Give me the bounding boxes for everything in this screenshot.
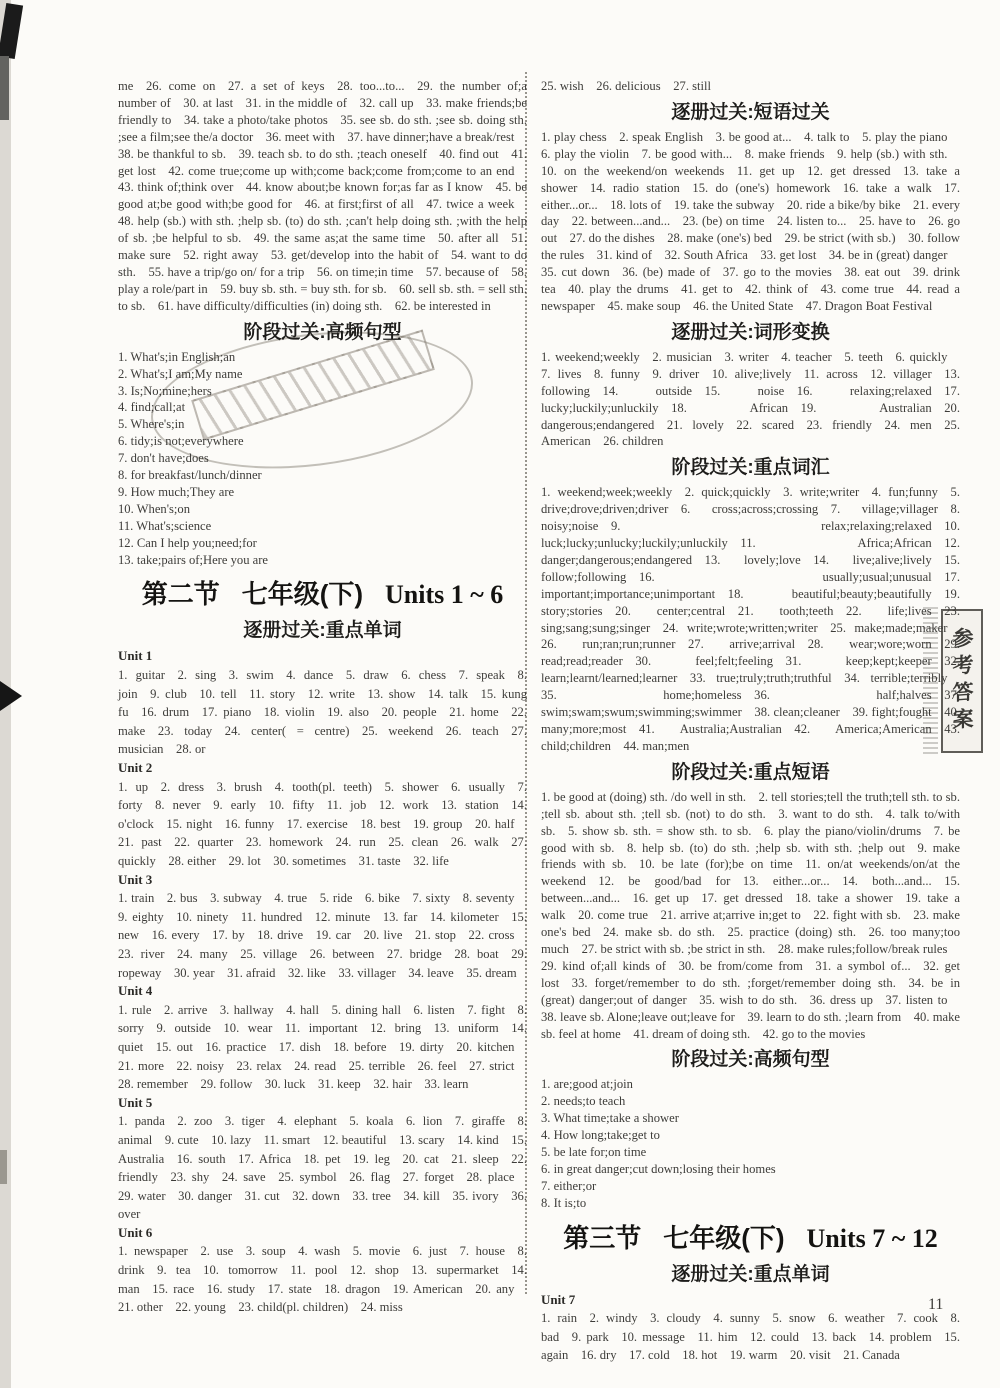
section-units-range: Units 7 ~ 12	[807, 1221, 938, 1257]
unit-block-2: Unit 2 1. up 2. dress 3. brush 4. tooth(…	[118, 759, 527, 871]
unit-header: Unit 6	[118, 1224, 527, 1243]
answer-line: 8. It is;to	[541, 1195, 960, 1212]
scanned-answer-page: 参考答案 11 me 26. come on 27. a set of keys…	[0, 0, 1000, 1388]
section-key-vocabulary: 阶段过关:重点词汇 1. weekend;week;weekly 2. quic…	[541, 455, 960, 755]
answer-line: 4. How long;take;get to	[541, 1127, 960, 1144]
unit-word-list: 1. newspaper 2. use 3. soup 4. wash 5. m…	[118, 1242, 527, 1316]
scan-ink-mark	[0, 1150, 7, 1184]
section-grade: 七年级(下)	[663, 1220, 784, 1256]
answer-line: 12. Can I help you;need;for	[118, 535, 527, 552]
unit-word-list: 1. rule 2. arrive 3. hallway 4. hall 5. …	[118, 1001, 527, 1094]
unit-word-list: 1. panda 2. zoo 3. tiger 4. elephant 5. …	[118, 1112, 527, 1224]
answer-list: 1. be good at (doing) sth. /do well in s…	[541, 789, 960, 1043]
unit-header: Unit 1	[118, 647, 527, 666]
answer-list: 1. weekend;week;weekly 2. quick;quickly …	[541, 484, 960, 755]
unit-word-list: 1. rain 2. windy 3. cloudy 4. sunny 5. s…	[541, 1309, 960, 1365]
unit-word-list: 1. train 2. bus 3. subway 4. true 5. rid…	[118, 889, 527, 982]
answer-list: 1. weekend;weekly 2. musician 3. writer …	[541, 349, 960, 450]
answer-line: 7. don't have;does	[118, 450, 527, 467]
unit-header: Unit 4	[118, 982, 527, 1001]
left-column: me 26. come on 27. a set of keys 28. too…	[118, 78, 527, 1317]
unit-header: Unit 3	[118, 871, 527, 890]
answer-line: 6. in great danger;cut down;losing their…	[541, 1161, 960, 1178]
subsection-title: 阶段过关:重点短语	[541, 760, 960, 786]
answer-line: 7. either;or	[541, 1178, 960, 1195]
unit-word-list: 1. up 2. dress 3. brush 4. tooth(pl. tee…	[118, 778, 527, 871]
subsection-title: 阶段过关:重点词汇	[541, 455, 960, 481]
answer-line: 13. take;pairs of;Here you are	[118, 552, 527, 569]
section-word-forms: 逐册过关:词形变换 1. weekend;weekly 2. musician …	[541, 320, 960, 450]
answer-line: 11. What's;science	[118, 518, 527, 535]
unit-header: Unit 2	[118, 759, 527, 778]
unit-header: Unit 5	[118, 1094, 527, 1113]
section-phrases-pass: 逐册过关:短语过关 1. play chess 2. speak English…	[541, 100, 960, 315]
section-grade: 七年级(下)	[242, 576, 363, 612]
unit-block-4: Unit 4 1. rule 2. arrive 3. hallway 4. h…	[118, 982, 527, 1094]
subsection-title: 逐册过关:词形变换	[541, 320, 960, 346]
section-heading-units-1-6: 第二节 七年级(下) Units 1 ~ 6	[118, 576, 527, 613]
unit-block-5: Unit 5 1. panda 2. zoo 3. tiger 4. eleph…	[118, 1094, 527, 1224]
unit-block-3: Unit 3 1. train 2. bus 3. subway 4. true…	[118, 871, 527, 983]
subsection-title-sentence-patterns: 阶段过关:高频句型	[541, 1047, 960, 1073]
answer-line: 8. for breakfast/lunch/dinner	[118, 467, 527, 484]
subsection-title-key-words: 逐册过关:重点单词	[541, 1262, 960, 1288]
answer-line: 3. What time;take a shower	[541, 1110, 960, 1127]
section-number: 第三节	[563, 1220, 641, 1256]
scan-ink-mark	[0, 56, 9, 120]
answer-line: 1. What's;in English;an	[118, 349, 527, 366]
answer-line: 10. When's;on	[118, 501, 527, 518]
answer-line: 2. needs;to teach	[541, 1093, 960, 1110]
answer-line: 4. find;call;at	[118, 399, 527, 416]
sentence-pattern-answers: 1. are;good at;join 2. needs;to teach 3.…	[541, 1076, 960, 1211]
answer-line: 2. What's;I am;My name	[118, 366, 527, 383]
word-list-continued: 25. wish 26. delicious 27. still	[541, 78, 960, 95]
section-number: 第二节	[142, 576, 220, 612]
answer-list: 1. play chess 2. speak English 3. be goo…	[541, 129, 960, 315]
answer-line: 9. How much;They are	[118, 484, 527, 501]
unit-block-7: Unit 7 1. rain 2. windy 3. cloudy 4. sun…	[541, 1291, 960, 1365]
right-column: 25. wish 26. delicious 27. still 逐册过关:短语…	[541, 78, 960, 1365]
sentence-pattern-answers: 1. What's;in English;an 2. What's;I am;M…	[118, 349, 527, 569]
answer-line: 3. Is;No;mine;hers	[118, 383, 527, 400]
phrase-list-continued: me 26. come on 27. a set of keys 28. too…	[118, 78, 527, 315]
subsection-title-key-words: 逐册过关:重点单词	[118, 618, 527, 644]
section-key-phrases: 阶段过关:重点短语 1. be good at (doing) sth. /do…	[541, 760, 960, 1043]
scan-edge-triangle-mark	[0, 681, 22, 711]
answer-line: 1. are;good at;join	[541, 1076, 960, 1093]
unit-block-1: Unit 1 1. guitar 2. sing 3. swim 4. danc…	[118, 647, 527, 759]
answer-line: 5. Where's;in	[118, 416, 527, 433]
answer-line: 6. tidy;is not;everywhere	[118, 433, 527, 450]
unit-header: Unit 7	[541, 1291, 960, 1310]
unit-word-list: 1. guitar 2. sing 3. swim 4. dance 5. dr…	[118, 666, 527, 759]
answer-line: 5. be late for;on time	[541, 1144, 960, 1161]
subsection-title-sentence-patterns: 阶段过关:高频句型	[118, 320, 527, 346]
section-units-range: Units 1 ~ 6	[385, 577, 503, 613]
unit-block-6: Unit 6 1. newspaper 2. use 3. soup 4. wa…	[118, 1224, 527, 1317]
section-heading-units-7-12: 第三节 七年级(下) Units 7 ~ 12	[541, 1220, 960, 1257]
subsection-title: 逐册过关:短语过关	[541, 100, 960, 126]
